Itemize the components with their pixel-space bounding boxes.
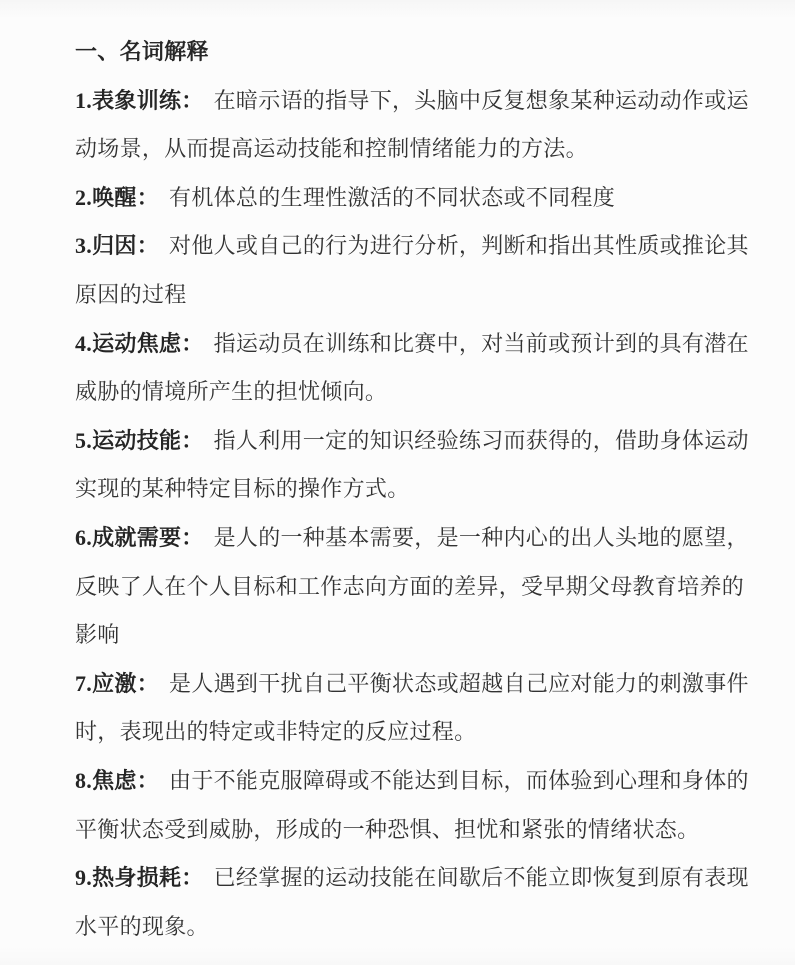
text-line: 5.运动技能：指人利用一定的知识经验练习而获得的，借助身体运动 [75, 427, 755, 476]
term-label: 3.归因： [75, 233, 159, 258]
text-line: 动场景，从而提高运动技能和控制情绪能力的方法。 [75, 135, 755, 184]
definition-text: 原因的过程 [75, 282, 187, 307]
text-line: 6.成就需要：是人的一种基本需要，是一种内心的出人头地的愿望， [75, 524, 755, 573]
text-line: 1.表象训练：在暗示语的指导下，头脑中反复想象某种运动动作或运 [75, 87, 755, 136]
text-line: 反映了人在个人目标和工作志向方面的差异，受早期父母教育培养的 [75, 573, 755, 622]
definition-text: 时，表现出的特定或非特定的反应过程。 [75, 719, 476, 744]
document-page: 一、名词解释 1.表象训练：在暗示语的指导下，头脑中反复想象某种运动动作或运动场… [0, 0, 795, 965]
definition-text: 是人的一种基本需要，是一种内心的出人头地的愿望， [214, 525, 749, 550]
definition-text: 指人利用一定的知识经验练习而获得的，借助身体运动 [214, 428, 749, 453]
term-label: 5.运动技能： [75, 428, 204, 453]
text-line: 时，表现出的特定或非特定的反应过程。 [75, 718, 755, 767]
definition-text: 平衡状态受到威胁，形成的一种恐惧、担忧和紧张的情绪状态。 [75, 817, 699, 842]
term-label: 7.应激： [75, 671, 159, 696]
term-label: 4.运动焦虑： [75, 331, 204, 356]
document-content: 一、名词解释 1.表象训练：在暗示语的指导下，头脑中反复想象某种运动动作或运动场… [75, 38, 755, 961]
definition-text: 反映了人在个人目标和工作志向方面的差异，受早期父母教育培养的 [75, 574, 744, 599]
text-line: 9.热身损耗：已经掌握的运动技能在间歇后不能立即恢复到原有表现 [75, 864, 755, 913]
term-label: 8.焦虑： [75, 768, 159, 793]
term-label: 9.热身损耗： [75, 865, 204, 890]
text-line: 水平的现象。 [75, 913, 755, 962]
text-line: 4.运动焦虑：指运动员在训练和比赛中，对当前或预计到的具有潜在 [75, 330, 755, 379]
term-label: 2.唤醒： [75, 185, 159, 210]
definition-text: 已经掌握的运动技能在间歇后不能立即恢复到原有表现 [214, 865, 749, 890]
text-line: 3.归因：对他人或自己的行为进行分析，判断和指出其性质或推论其 [75, 232, 755, 281]
text-line: 影响 [75, 621, 755, 670]
text-line: 威胁的情境所产生的担忧倾向。 [75, 378, 755, 427]
definition-text: 动场景，从而提高运动技能和控制情绪能力的方法。 [75, 136, 588, 161]
definition-text: 在暗示语的指导下，头脑中反复想象某种运动动作或运 [214, 88, 749, 113]
definition-text: 有机体总的生理性激活的不同状态或不同程度 [169, 185, 615, 210]
text-line: 7.应激：是人遇到干扰自己平衡状态或超越自己应对能力的刺激事件 [75, 670, 755, 719]
text-line: 平衡状态受到威胁，形成的一种恐惧、担忧和紧张的情绪状态。 [75, 816, 755, 865]
definition-text: 由于不能克服障碍或不能达到目标，而体验到心理和身体的 [169, 768, 749, 793]
definition-text: 影响 [75, 622, 120, 647]
definition-text: 实现的某种特定目标的操作方式。 [75, 476, 410, 501]
text-line: 原因的过程 [75, 281, 755, 330]
definition-text: 是人遇到干扰自己平衡状态或超越自己应对能力的刺激事件 [169, 671, 749, 696]
term-label: 1.表象训练： [75, 88, 204, 113]
term-label: 6.成就需要： [75, 525, 204, 550]
section-heading: 一、名词解释 [75, 38, 755, 87]
text-line: 2.唤醒：有机体总的生理性激活的不同状态或不同程度 [75, 184, 755, 233]
definition-text: 指运动员在训练和比赛中，对当前或预计到的具有潜在 [214, 331, 749, 356]
definition-text: 对他人或自己的行为进行分析，判断和指出其性质或推论其 [169, 233, 749, 258]
definition-text: 威胁的情境所产生的担忧倾向。 [75, 379, 387, 404]
definition-text: 水平的现象。 [75, 914, 209, 939]
text-line: 实现的某种特定目标的操作方式。 [75, 475, 755, 524]
definition-list: 1.表象训练：在暗示语的指导下，头脑中反复想象某种运动动作或运动场景，从而提高运… [75, 87, 755, 962]
text-line: 8.焦虑：由于不能克服障碍或不能达到目标，而体验到心理和身体的 [75, 767, 755, 816]
